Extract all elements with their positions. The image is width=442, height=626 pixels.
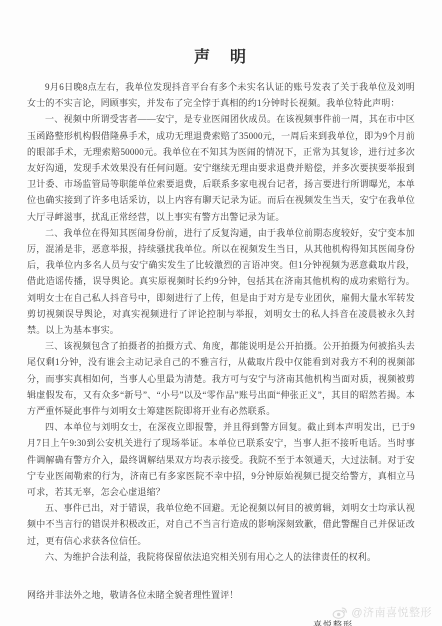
weibo-icon — [332, 606, 348, 619]
statement-paragraph-6: 六、为维护合法利益，我院将保留依法追究相关别有用心之人的法律责任的权利。 — [27, 549, 415, 565]
watermark-text: @济南喜悦整形 — [351, 604, 432, 620]
weibo-watermark: @济南喜悦整形 — [332, 604, 432, 620]
statement-paragraph-4: 四、本单位与刘明女士，在深夜立即报警，并且得到警方回复。截止到本声明发出，已于9… — [27, 419, 415, 500]
statement-intro-paragraph: 9月6日晚8点左右，我单位发现抖音平台有多个未实名认证的账号发表了关于我单位及刘… — [27, 79, 415, 111]
statement-document: 声 明 9月6日晚8点左右，我单位发现抖音平台有多个未实名认证的账号发表了关于我… — [0, 0, 442, 626]
statement-paragraph-3: 三、该视频包含了拍摄者的拍摄方式、角度，都能说明是公开拍摄。公开拍摄为何被掐头去… — [27, 338, 415, 419]
statement-closing-line: 网络并非法外之地，敬请各位未睹全貌者理性置评！ — [27, 587, 415, 603]
statement-paragraph-1: 一、视频中所谓受害者——安宁，是专业医闹团伙成员。在该视频事件前一周，其在市中区… — [27, 111, 415, 224]
statement-title: 声 明 — [27, 44, 415, 67]
statement-paragraph-5: 五、事件已出，对于错误，我单位绝不回避。无论视频以何目的被剪辑，刘明女士均承认视… — [27, 500, 415, 549]
statement-paragraph-2: 二、我单位在得知其医闹身份前，进行了反复沟通，由于我单位前期态度较好，安宁变本加… — [27, 225, 415, 338]
